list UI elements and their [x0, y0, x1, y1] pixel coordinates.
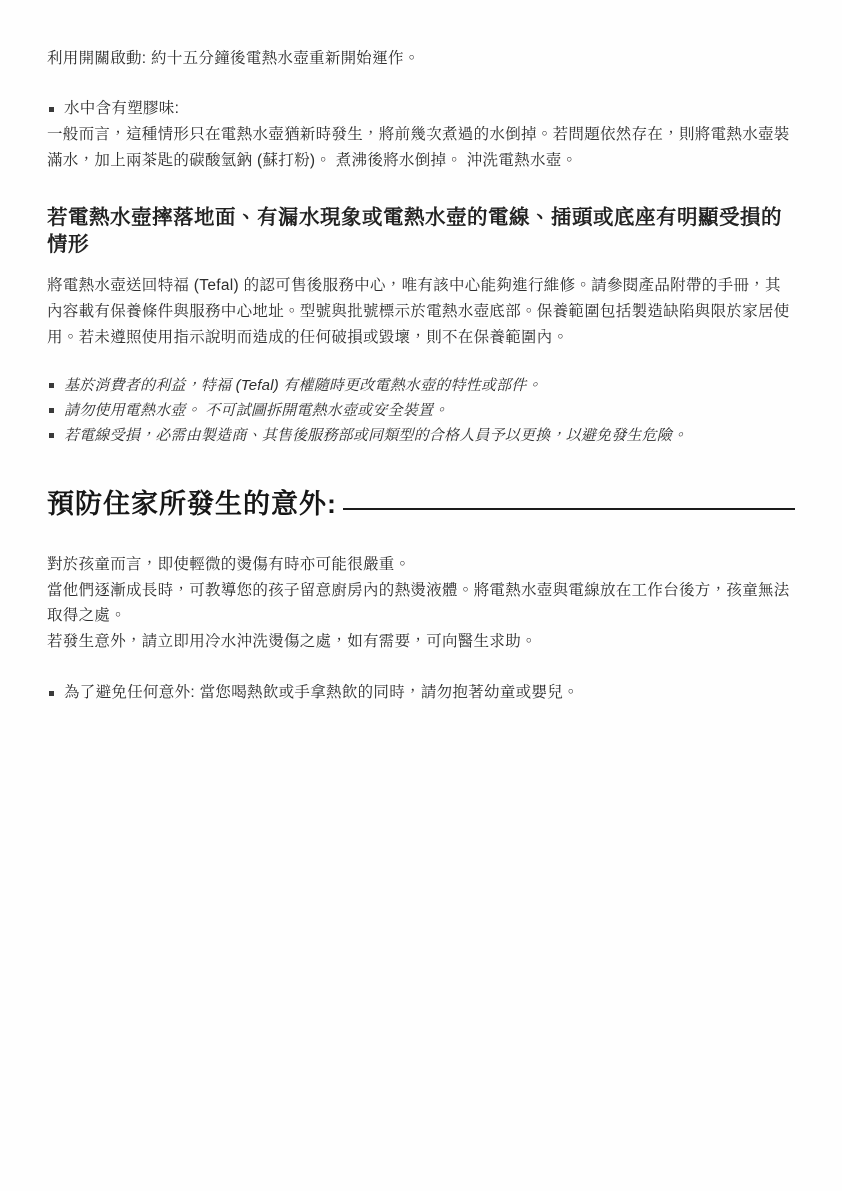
note-text: 請勿使用電熱水壺。 不可試圖拆開電熱水壺或安全裝置。	[64, 398, 448, 423]
plastic-smell-section: 水中含有塑膠味: 一般而言，這種情形只在電熱水壺猶新時發生，將前幾次煮過的水倒掉…	[47, 96, 795, 174]
bullet-square-icon	[49, 691, 54, 696]
accident-paragraph: 若發生意外，請立即用冷水沖洗燙傷之處，如有需要，可向醫生求助。	[47, 629, 795, 655]
list-item: 基於消費者的利益，特福 (Tefal) 有權隨時更改電熱水壺的特性或部件。	[47, 373, 795, 398]
list-item: 若電線受損，必需由製造商、其售後服務部或同類型的合格人員予以更換，以避免發生危險…	[47, 423, 795, 448]
list-item: 請勿使用電熱水壺。 不可試圖拆開電熱水壺或安全裝置。	[47, 398, 795, 423]
plastic-smell-body: 一般而言，這種情形只在電熱水壺猶新時發生，將前幾次煮過的水倒掉。若問題依然存在，…	[47, 122, 795, 174]
service-center-paragraph: 將電熱水壺送回特福 (Tefal) 的認可售後服務中心，唯有該中心能夠進行維修。…	[47, 273, 795, 351]
plastic-smell-bullet: 水中含有塑膠味:	[47, 96, 795, 122]
bullet-square-icon	[49, 383, 54, 388]
accident-paragraph: 對於孩童而言，即使輕微的燙傷有時亦可能很嚴重。	[47, 552, 795, 578]
note-text: 若電線受損，必需由製造商、其售後服務部或同類型的合格人員予以更換，以避免發生危險…	[64, 423, 687, 448]
legal-notes-list: 基於消費者的利益，特福 (Tefal) 有權隨時更改電熱水壺的特性或部件。 請勿…	[47, 373, 795, 448]
bullet-square-icon	[49, 107, 54, 112]
accident-paragraph: 當他們逐漸成長時，可教導您的孩子留意廚房內的熱燙液體。將電熱水壺與電線放在工作台…	[47, 578, 795, 629]
final-warning-bullet: 為了避免任何意外: 當您喝熱飲或手拿熱飲的同時，請勿抱著幼童或嬰兒。	[47, 680, 795, 706]
final-warning-text: 為了避免任何意外: 當您喝熱飲或手拿熱飲的同時，請勿抱著幼童或嬰兒。	[64, 680, 579, 706]
intro-line: 利用開關啟動: 約十五分鐘後電熱水壺重新開始運作。	[47, 46, 795, 72]
damage-section-heading: 若電熱水壺摔落地面、有漏水現象或電熱水壺的電線、插頭或底座有明顯受損的情形	[47, 204, 789, 258]
manual-page: 利用開關啟動: 約十五分鐘後電熱水壺重新開始運作。 水中含有塑膠味: 一般而言，…	[0, 0, 842, 1191]
plastic-smell-title: 水中含有塑膠味:	[64, 96, 179, 122]
note-text: 基於消費者的利益，特福 (Tefal) 有權隨時更改電熱水壺的特性或部件。	[64, 373, 542, 398]
accident-section-heading: 預防住家所發生的意外:	[47, 488, 337, 520]
bullet-square-icon	[49, 408, 54, 413]
accident-section-heading-row: 預防住家所發生的意外:	[47, 488, 795, 520]
bullet-square-icon	[49, 433, 54, 438]
accident-paragraphs: 對於孩童而言，即使輕微的燙傷有時亦可能很嚴重。 當他們逐漸成長時，可教導您的孩子…	[47, 552, 795, 654]
heading-underline-rule	[343, 508, 795, 510]
